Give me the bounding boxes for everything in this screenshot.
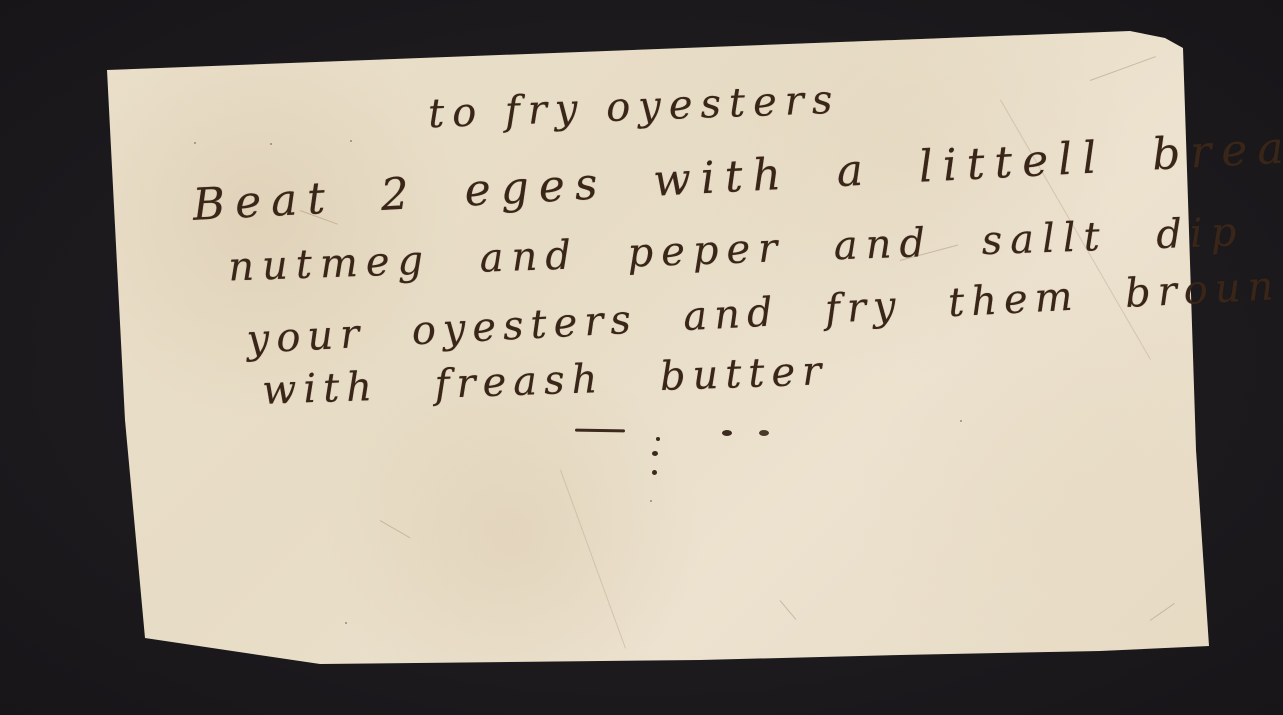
- paper-speck: [270, 143, 272, 145]
- paper-speck: [650, 500, 652, 502]
- paper-speck: [194, 142, 196, 144]
- paper-fiber: [1150, 603, 1175, 621]
- paper-speck: [960, 420, 962, 422]
- paper-fiber: [1090, 56, 1156, 81]
- paper-speck: [345, 622, 347, 624]
- paper-fiber: [380, 520, 411, 538]
- paper-fiber: [780, 600, 797, 620]
- paper-crease: [560, 470, 626, 649]
- paper-speck: [350, 140, 352, 142]
